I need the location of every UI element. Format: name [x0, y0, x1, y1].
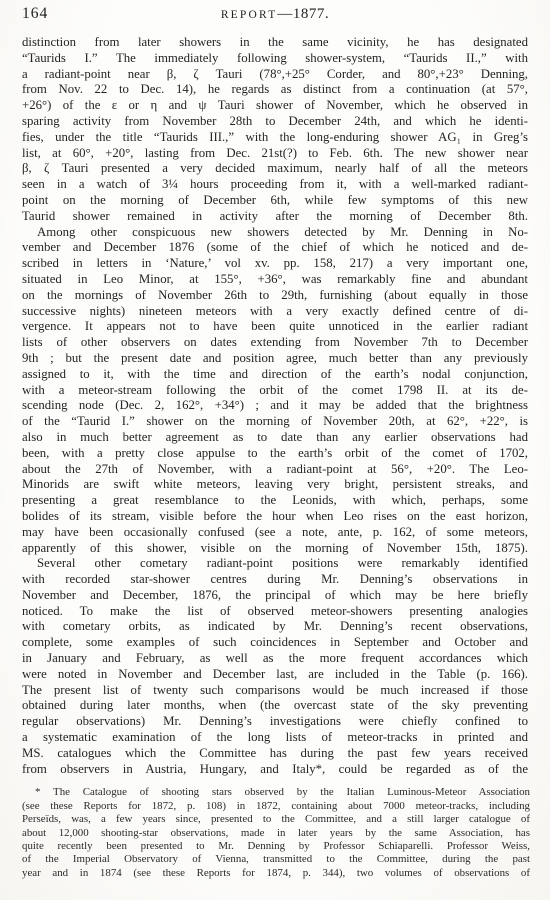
paragraph: distinction from later showers in the sa… [22, 35, 528, 225]
text-line: from observers in Austria, Hungary, and … [22, 762, 528, 778]
text-line: apparently of this shower, visible on th… [22, 541, 528, 557]
text-line: bolides of its stream, visible before th… [22, 509, 528, 525]
paragraph: Among other conspicuous new showers dete… [22, 225, 528, 557]
text-line: vember and December 1876 (some of the ch… [22, 240, 528, 256]
text-line: 9th ; but the present date and position … [22, 351, 528, 367]
text-line: with a meteor-stream following the orbit… [22, 383, 528, 399]
text-line: from Nov. 22 to Dec. 14), he regards as … [22, 82, 528, 98]
text-line: Minorids are swift white meteors, leavin… [22, 477, 528, 493]
text-line: distinction from later showers in the sa… [22, 35, 528, 51]
text-line: about the 27th of November, with a radia… [22, 462, 528, 478]
paragraph: Several other cometary radiant-point pos… [22, 556, 528, 777]
text-line: seen in a watch of 3¼ hours proceeding f… [22, 177, 528, 193]
text-line: presenting a great resemblance to the Le… [22, 493, 528, 509]
text-line: a systematic examination of the long lis… [22, 730, 528, 746]
text-line: also in much better agreement as to date… [22, 430, 528, 446]
text-line: point on the morning of December 6th, wh… [22, 193, 528, 209]
text-line: list, at 60°, +20°, lasting from Dec. 21… [22, 146, 528, 162]
running-title: REPORT—1877. [22, 5, 528, 23]
text-line: noticed. To make the list of observed me… [22, 604, 528, 620]
text-line: MS. catalogues which the Committee has d… [22, 746, 528, 762]
text-line: complete, some examples of such coincide… [22, 635, 528, 651]
text-line: November and December, 1876, the princip… [22, 588, 528, 604]
text-line: in January and February, as well as the … [22, 651, 528, 667]
text-line: The present list of twenty such comparis… [22, 683, 528, 699]
text-line: Several other cometary radiant-point pos… [22, 556, 528, 572]
text-line: of the “Taurid I.” shower on the morning… [22, 414, 528, 430]
text-line: on the mornings of November 26th to 29th… [22, 288, 528, 304]
document-page: 164 REPORT—1877. distinction from later … [0, 0, 550, 900]
text-line: “Taurids I.” The immediately following s… [22, 51, 528, 67]
footnote-line: year and in 1874 (see these Reports for … [22, 867, 530, 880]
footnote-line: * The Catalogue of shooting stars observ… [22, 786, 530, 799]
text-line: were noted in November and December last… [22, 667, 528, 683]
text-line: Among other conspicuous new showers dete… [22, 225, 528, 241]
text-line: been, with a pretty close appulse to the… [22, 446, 528, 462]
text-line: regular observations) Mr. Denning’s inve… [22, 714, 528, 730]
footnote-line: quite recently been presented to Mr. Den… [22, 840, 530, 853]
text-line: lists of other observers on dates extend… [22, 335, 528, 351]
footnote-line: about 12,000 shooting-star observations,… [22, 827, 530, 840]
text-line: obtained during later months, when (the … [22, 698, 528, 714]
text-line: with recorded star-shower centres during… [22, 572, 528, 588]
running-title-word: REPORT [221, 9, 278, 21]
text-line: β, ζ Tauri presented a very decided maxi… [22, 161, 528, 177]
text-line: Taurid shower remained in activity after… [22, 209, 528, 225]
text-line: situated in Leo Minor, at 155°, +36°, wa… [22, 272, 528, 288]
footnote-line: of the Imperial Observatory of Vienna, t… [22, 853, 530, 866]
text-line: scending node (Dec. 2, 162°, +34°) ; and… [22, 398, 528, 414]
footnote: * The Catalogue of shooting stars observ… [22, 786, 530, 880]
text-line: assigned to it, with the time and direct… [22, 367, 528, 383]
text-line: sparing activity from November 28th to D… [22, 114, 528, 130]
running-title-year: —1877. [277, 6, 329, 22]
footnote-line: (see these Reports for 1872, p. 108) in … [22, 800, 530, 813]
text-line: may have been occasionally confused (see… [22, 525, 528, 541]
text-line: +26°) of the ε or η and ψ Tauri shower o… [22, 98, 528, 114]
footnote-line: Perseïds, was, a few years since, presen… [22, 813, 530, 826]
page-header: 164 REPORT—1877. [22, 5, 528, 25]
text-line: with cometary orbits, as indicated by Mr… [22, 619, 528, 635]
text-line: scribed in letters in ‘Nature,’ vol xv. … [22, 256, 528, 272]
text-line: vergence. It appears not to have been qu… [22, 319, 528, 335]
body-text: distinction from later showers in the sa… [22, 35, 528, 777]
text-line: a radiant-point near β, ζ Tauri (78°,+25… [22, 67, 528, 83]
text-line: fies, under the title “Taurids III.,” wi… [22, 130, 528, 146]
text-line: successive nights) nineteen meteors with… [22, 304, 528, 320]
